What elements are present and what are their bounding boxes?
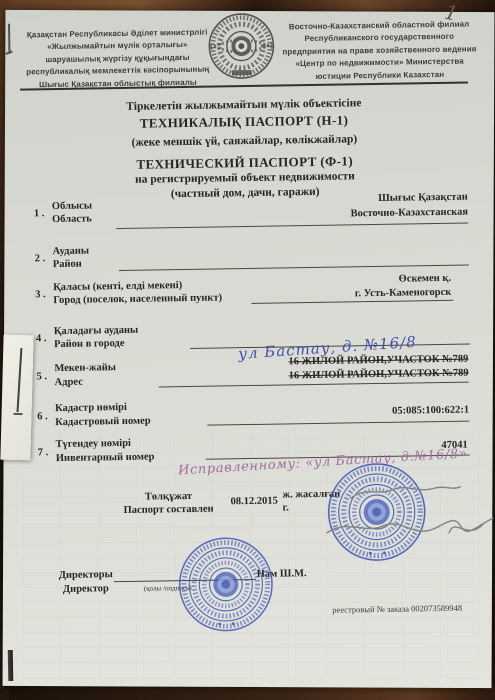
field5-label-kk: Мекен-жайы [54,362,116,374]
issued-labels: Төлқұжат Паспорт составлен [114,489,222,517]
title-kk-line3: (жеке меншік үй, саяжайлар, көлікжайлар) [57,131,432,152]
field2-label-ru: Район [53,259,82,270]
field1-label-ru: Область [52,213,92,225]
issued-label-ru: Паспорт составлен [115,502,223,517]
field7-label-kk: Түгендеу нөмірі [56,438,131,450]
title-kazakh: Тіркелетін жылжымайтын мүлік объектісіне… [56,95,432,152]
field7-label-ru: Инвентарный номер [56,452,155,465]
field5-label-ru: Адрес [55,377,83,388]
director-label-kk: Директоры [59,569,113,581]
header-left-kazakh: Қазақстан Республикасы Әділет министрліг… [21,27,214,92]
field5-old-value-line1: 16 ЖИЛОЙ РАЙОН,УЧАСТОК №789 [228,354,468,369]
pen-tick-mark [8,24,10,54]
field2-underline [119,265,469,271]
director-label-ru: Директор [63,583,109,595]
field4-number: 4 . [36,333,47,344]
field6-number: 6 . [37,411,48,422]
field3-value-kk: Өскемен қ. [219,273,451,288]
field2-label-kk: Ауданы [53,246,90,258]
field3-value-ru: г. Усть-Каменогорск [219,287,451,302]
field1-label-kk: Облысы [52,200,92,212]
field2-number: 2 . [35,253,46,264]
issued-date: 08.12.2015 [230,496,277,508]
round-stamp-bottom-icon [175,534,277,636]
field6-value: 05:085:100:622:1 [229,405,469,420]
paper-sticker-tab [0,335,33,461]
scanned-document-photo: 1 Қазақстан Республикасы Әділет министрл… [0,0,495,700]
field4-label-ru: Район в городе [54,338,125,350]
sticker-pen-line [17,348,23,412]
field3-label-ru: Город (поселок, населенный пункт) [53,292,222,306]
staple-mark [8,650,14,681]
field5-underline [159,382,469,388]
director-signature-scribble [320,474,495,561]
header-right-russian: Восточно-Казахстанский областной филиал … [281,18,478,83]
field3-number: 3 . [35,289,46,300]
kazakhstan-emblem-icon [205,10,278,83]
field6-underline [207,421,469,426]
sticker-pen-line-base [14,413,23,415]
pen-tick-serif [5,51,12,55]
field1-underline [116,223,468,230]
field3-label-kk: Қаласы (кенті, елді мекені) [53,280,182,293]
field6-label-ru: Кадастровый номер [55,416,151,428]
field1-value-kk: Шығыс Қазақстан [228,192,468,207]
field5-old-value-line2: 16 ЖИЛОЙ РАЙОН,УЧАСТОК №789 [228,368,468,383]
registry-order-note: реестровый № заказа 002073589948 [332,603,462,615]
field7-number: 7 . [38,447,49,458]
field6-label-kk: Кадастр нөмірі [55,402,127,414]
field5-number: 5 . [36,371,47,382]
field1-value-ru: Восточно-Казахстанская [228,207,468,222]
field4-label-kk: Қаладағы ауданы [54,325,139,337]
field1-number: 1 . [34,208,45,219]
